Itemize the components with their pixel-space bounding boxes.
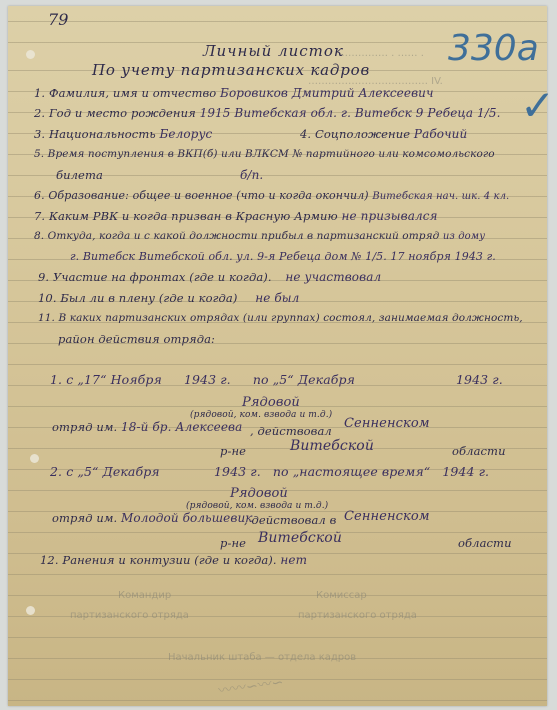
item-value-front: не участвовал — [285, 270, 381, 284]
item-value-name: Боровиков Дмитрий Алексеевич — [220, 86, 434, 100]
item-value-nationality: Белорус — [159, 127, 212, 141]
item-7: 7. Каким РВК и когда призван в Красную А… — [34, 209, 438, 223]
punch-hole — [26, 50, 35, 59]
item-2: 2. Год и место рождения 1915 Витебская о… — [34, 106, 501, 120]
item-number: 3. — [34, 127, 45, 141]
service-1-unit: отряд им. 18-й бр. Алексеева — [52, 420, 242, 434]
service-1-dates: 1. с „17“ Ноября 1943 г. по „5“ Декабря — [50, 372, 355, 387]
item-number: 1. — [34, 86, 45, 100]
item-value-arrival: г. Витебск Витебской обл. ул. 9-я Ребеца… — [70, 250, 496, 263]
service-number: 2. — [50, 464, 62, 479]
item-label: Откуда, когда и с какой должности прибыл… — [48, 230, 440, 242]
item-number: 4. — [300, 127, 311, 141]
service-2-position-hint: (рядовой, ком. взвода и т.д.) — [186, 501, 328, 511]
item-label: В каких партизанских отрядах (или группа… — [58, 312, 522, 324]
to-date: „настоящее время“ — [293, 464, 431, 479]
service-2-to: 1943 г. по „настоящее время“ 1944 г. — [214, 464, 489, 479]
item-6: 6. Образование: общее и военное (что и к… — [34, 189, 509, 202]
item-number: 6. — [34, 189, 45, 202]
punch-hole — [30, 454, 39, 463]
service-2-position: Рядовой — [230, 486, 288, 501]
item-label: Ранения и контузии (где и когда). — [62, 553, 276, 567]
unit-prefix: отряд им. — [52, 420, 117, 434]
item-number: 5. — [34, 148, 44, 160]
item-label: Национальность — [49, 127, 156, 141]
unit-name: Молодой большевик — [121, 511, 253, 525]
item-11: 11. В каких партизанских отрядах (или гр… — [38, 312, 523, 324]
item-number: 10. — [38, 291, 57, 305]
item-number: 8. — [34, 230, 44, 242]
item-1: 1. Фамилия, имя и отчество Боровиков Дми… — [34, 86, 434, 100]
footer-right-1: Комиссар — [316, 590, 367, 601]
document-page: …………… . …… . ……………………………… IV. 79 330a ✓ … — [8, 6, 547, 706]
item-5: 5. Время поступления в ВКП(б) или ВЛКСМ … — [34, 148, 495, 160]
service-2-dates: 2. с „5“ Декабря — [50, 464, 160, 479]
from-year: 1943 г. — [184, 372, 231, 387]
date-prefix: по — [253, 372, 269, 387]
service-1-region: Витебской — [290, 438, 374, 454]
item-label: район действия отряда: — [58, 332, 215, 346]
item-value-prefix: из дому — [443, 231, 485, 242]
item-label: Соцположение — [315, 127, 410, 141]
to-date: „5“ Декабря — [273, 372, 355, 387]
footer-center: Начальник штаба — отдела кадров — [168, 652, 356, 663]
service-2-region: Витебской — [258, 530, 342, 546]
service-number: 1. — [50, 372, 62, 387]
item-8: 8. Откуда, когда и с какой должности при… — [34, 230, 485, 242]
item-label: Год и место рождения — [49, 106, 196, 120]
item-11-cont: район действия отряда: — [58, 332, 215, 346]
item-3: 3. Национальность Белорус — [34, 127, 212, 141]
unit-prefix: отряд им. — [52, 511, 117, 525]
item-label: Фамилия, имя и отчество — [49, 86, 216, 100]
unit-name: 18-й бр. Алексеева — [121, 420, 242, 434]
date-prefix: по — [273, 464, 289, 479]
footer-left-1: Командир — [118, 590, 171, 601]
item-label: Был ли в плену (где и когда) — [60, 291, 237, 305]
date-prefix: с — [66, 464, 73, 479]
document-title: Личный листок — [203, 42, 344, 60]
item-value-education: Витебская нач. шк. 4 кл. — [372, 191, 509, 202]
item-12: 12. Ранения и контузии (где и когда). не… — [40, 553, 307, 567]
item-number: 7. — [34, 209, 45, 223]
item-number: 9. — [38, 270, 49, 284]
item-label: Время поступления в ВКП(б) или ВЛКСМ № п… — [48, 148, 495, 160]
from-date: „5“ Декабря — [77, 464, 159, 479]
service-1-position-hint: (рядовой, ком. взвода и т.д.) — [190, 410, 332, 420]
date-prefix: с — [66, 372, 73, 387]
service-1-district-suffix: р-не — [220, 444, 246, 458]
from-year: 1943 г. — [214, 464, 261, 479]
punch-hole — [26, 606, 35, 615]
archive-number: 330a — [448, 28, 539, 69]
item-number: 12. — [40, 553, 59, 567]
document-subtitle: По учету партизанских кадров — [92, 61, 370, 79]
item-value-birth: 1915 Витебская обл. г. Витебск 9 Ребеца … — [200, 106, 501, 120]
item-10: 10. Был ли в плену (где и когда) не был — [38, 291, 299, 305]
item-value-social: Рабочий — [414, 127, 467, 141]
service-2-district-suffix: р-не — [220, 536, 246, 550]
service-2-region-suffix: области — [458, 536, 512, 550]
item-label: билета — [56, 168, 103, 182]
item-value-party: б/п. — [240, 168, 263, 182]
service-2-unit: отряд им. Молодой большевик — [52, 511, 253, 525]
item-value-conscription: не призывался — [342, 209, 438, 223]
service-1-region-suffix: области — [452, 444, 506, 458]
service-1-acted: , действовал — [250, 424, 332, 438]
footer-left-2: партизанского отряда — [70, 610, 189, 621]
item-value-captivity: не был — [255, 291, 299, 305]
service-1-to-year: 1943 г. — [456, 372, 503, 387]
to-year: 1944 г. — [442, 464, 489, 479]
item-value-wounds: нет — [280, 553, 307, 567]
item-label: Образование: общее и военное (что и когд… — [48, 189, 368, 202]
item-label: Участие на фронтах (где и когда). — [53, 270, 272, 284]
item-number: 2. — [34, 106, 45, 120]
page-number: 79 — [48, 10, 69, 29]
check-mark-icon: ✓ — [520, 81, 555, 130]
footer-right-2: партизанского отряда — [298, 610, 417, 621]
service-2-acted: , действовал в — [244, 513, 336, 527]
service-1-district: Сенненском — [344, 416, 430, 431]
from-date: „17“ Ноября — [77, 372, 161, 387]
item-number: 11. — [38, 312, 55, 324]
item-4: 4. Соцположение Рабочий — [300, 127, 467, 141]
service-1-position: Рядовой — [242, 395, 300, 410]
bleed-through-text: …………… . …… . — [338, 48, 424, 59]
item-label: Каким РВК и когда призван в Красную Арми… — [49, 209, 338, 223]
item-5-cont: билета — [56, 168, 103, 182]
item-9: 9. Участие на фронтах (где и когда). не … — [38, 270, 381, 284]
service-2-district: Сенненском — [344, 509, 430, 524]
